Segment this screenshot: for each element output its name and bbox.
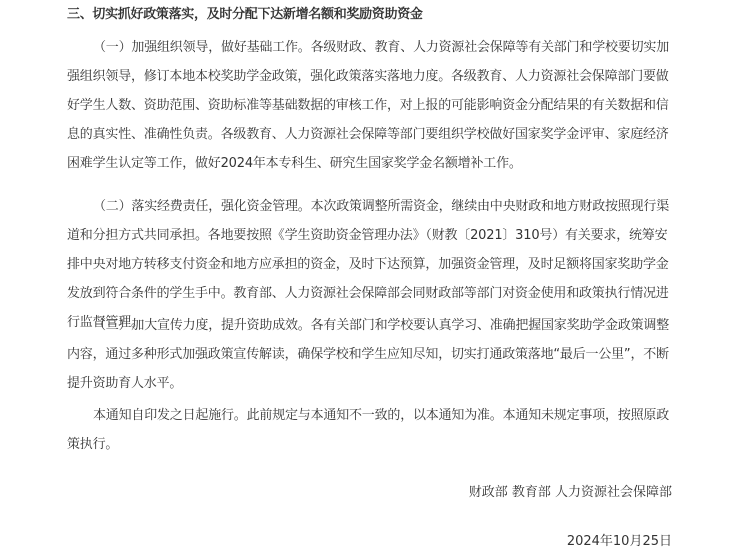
signature-issuers: 财政部 教育部 人力资源社会保障部 — [469, 484, 672, 502]
paragraph-organization-leadership: （一）加强组织领导，做好基础工作。各级财政、教育、人力资源社会保障等有关部门和学… — [67, 33, 674, 178]
paragraph-publicity: （三）加大宣传力度，提升资助成效。各有关部门和学校要认真学习、准确把握国家奖助学… — [67, 311, 674, 398]
signature-date: 2024年10月25日 — [567, 533, 672, 551]
paragraph-effective-date: 本通知自印发之日起施行。此前规定与本通知不一致的，以本通知为准。本通知未规定事项… — [67, 401, 674, 459]
section-heading: 三、切实抓好政策落实，及时分配下达新增名额和奖励资助资金 — [67, 6, 423, 24]
